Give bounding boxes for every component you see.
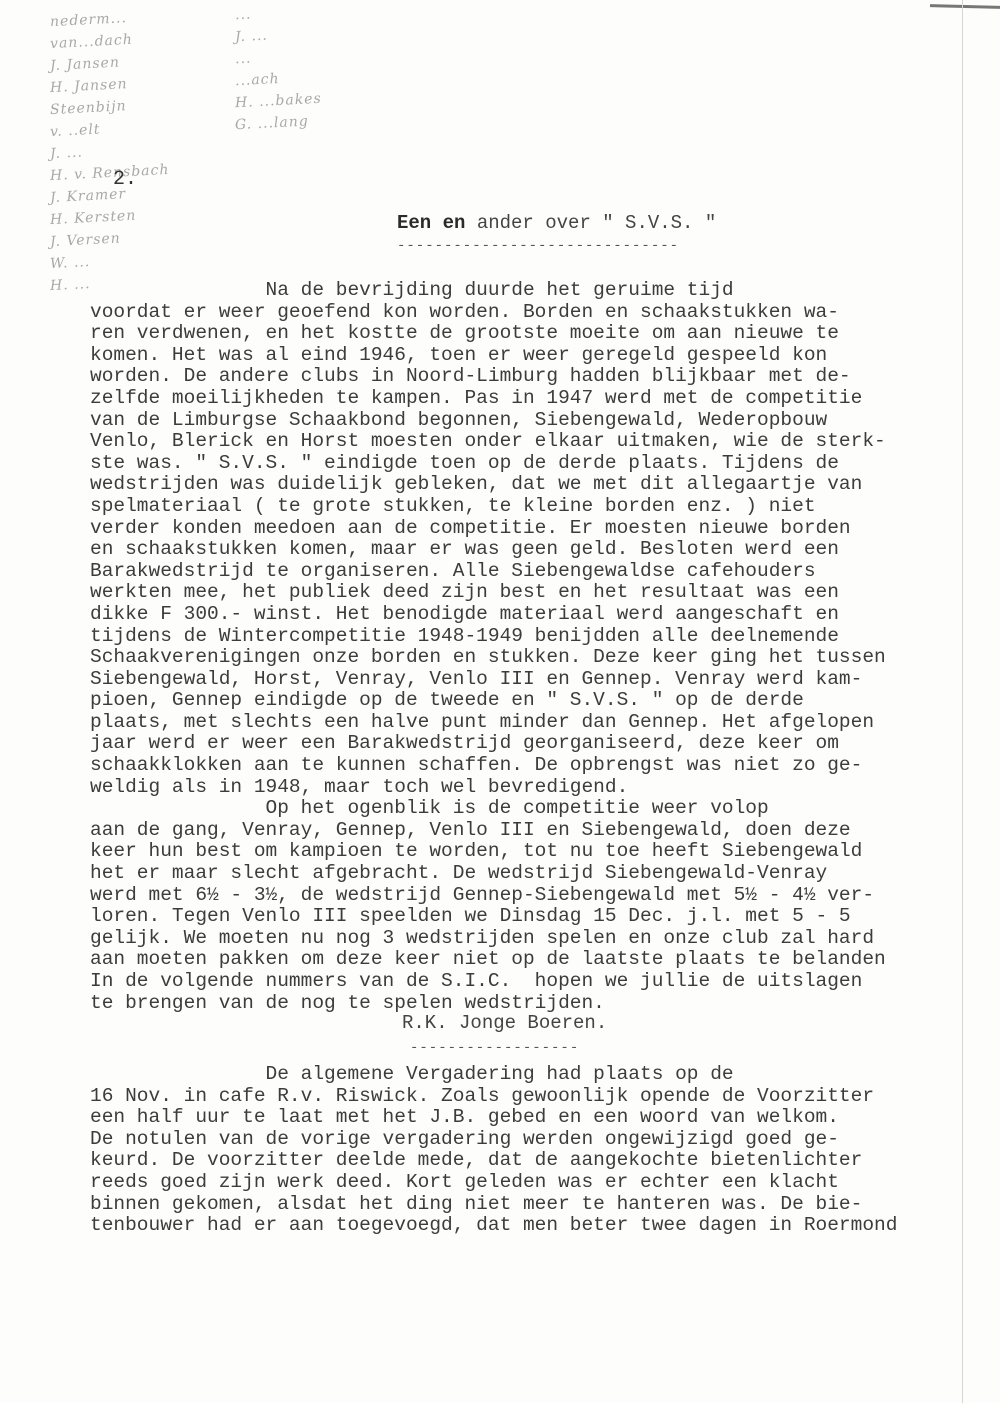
handwritten-note: G. ...lang — [234, 110, 322, 137]
title-underline-rule: ------------------------------ — [397, 238, 679, 254]
article-title-rest: ander over " S.V.S. " — [465, 212, 716, 234]
text-line: te brengen van de nog te spelen wedstrij… — [90, 993, 886, 1015]
handwritten-notes-left: nederm...van...dachJ. JansenH. JansenSte… — [50, 8, 169, 294]
text-line: worden. De andere clubs in Noord-Limburg… — [90, 366, 886, 388]
article-title-jonge-boeren: R.K. Jonge Boeren. — [402, 1012, 607, 1034]
text-line: 16 Nov. in cafe R.v. Riswick. Zoals gewo… — [90, 1086, 897, 1108]
text-line: ren verdwenen, en het kostte de grootste… — [90, 323, 886, 345]
text-line: werkten mee, het publiek deed zijn best … — [90, 582, 886, 604]
text-line: tenbouwer had er aan toegevoegd, dat men… — [90, 1215, 897, 1237]
text-line: jaar werd er weer een Barakwedstrijd geo… — [90, 733, 886, 755]
text-line: tijdens de Wintercompetitie 1948-1949 be… — [90, 626, 886, 648]
text-line: aan moeten pakken om deze keer niet op d… — [90, 949, 886, 971]
text-line: werd met 6½ - 3½, de wedstrijd Gennep-Si… — [90, 885, 886, 907]
text-line: zelfde moeilijkheden te kampen. Pas in 1… — [90, 388, 886, 410]
page-edge-mark — [930, 4, 1000, 9]
title-underline-rule-2: ------------------ — [410, 1040, 579, 1056]
text-line: weldig als in 1948, maar toch wel bevred… — [90, 777, 886, 799]
text-line: verder konden meedoen aan de competitie.… — [90, 518, 886, 540]
text-line: Schaakverenigingen onze borden en stukke… — [90, 647, 886, 669]
text-line: aan de gang, Venray, Gennep, Venlo III e… — [90, 820, 886, 842]
text-line: plaats, met slechts een halve punt minde… — [90, 712, 886, 734]
text-line: Op het ogenblik is de competitie weer vo… — [90, 798, 886, 820]
text-line: komen. Het was al eind 1946, toen er wee… — [90, 345, 886, 367]
text-line: van de Limburgse Schaakbond begonnen, Si… — [90, 410, 886, 432]
text-line: binnen gekomen, alsdat het ding niet mee… — [90, 1194, 897, 1216]
text-line: pioen, Gennep eindigde op de tweede en "… — [90, 690, 886, 712]
text-line: loren. Tegen Venlo III speelden we Dinsd… — [90, 906, 886, 928]
text-line: het er maar slecht afgebracht. De wedstr… — [90, 863, 886, 885]
text-line: keer hun best om kampioen te worden, tot… — [90, 841, 886, 863]
text-line: schaakklokken aan te kunnen schaffen. De… — [90, 755, 886, 777]
page-fold-line — [962, 0, 963, 1403]
text-line: en schaakstukken komen, maar er was geen… — [90, 539, 886, 561]
text-line: wedstrijden was duidelijk gebleken, dat … — [90, 474, 886, 496]
text-line: Na de bevrijding duurde het geruime tijd — [90, 280, 886, 302]
text-line: voordat er weer geoefend kon worden. Bor… — [90, 302, 886, 324]
text-line: keurd. De voorzitter deelde mede, dat de… — [90, 1150, 897, 1172]
text-line: Venlo, Blerick en Horst moesten onder el… — [90, 431, 886, 453]
text-line: een half uur te laat met het J.B. gebed … — [90, 1107, 897, 1129]
article-body-jonge-boeren: De algemene Vergadering had plaats op de… — [90, 1064, 897, 1237]
text-line: De notulen van de vorige vergadering wer… — [90, 1129, 897, 1151]
text-line: In de volgende nummers van de S.I.C. hop… — [90, 971, 886, 993]
article-title-bold: Een en — [397, 212, 465, 234]
text-line: dikke F 300.- winst. Het benodigde mater… — [90, 604, 886, 626]
text-line: gelijk. We moeten nu nog 3 wedstrijden s… — [90, 928, 886, 950]
text-line: spelmateriaal ( te grote stukken, te kle… — [90, 496, 886, 518]
article-body-svs: Na de bevrijding duurde het geruime tijd… — [90, 280, 886, 1014]
text-line: Siebengewald, Horst, Venray, Venlo III e… — [90, 669, 886, 691]
text-line: reeds goed zijn werk deed. Kort geleden … — [90, 1172, 897, 1194]
text-line: De algemene Vergadering had plaats op de — [90, 1064, 897, 1086]
article-title-svs: Een en ander over " S.V.S. " — [397, 212, 716, 234]
page-number: 2. — [113, 168, 137, 191]
text-line: ste was. " S.V.S. " eindigde toen op de … — [90, 453, 886, 475]
handwritten-notes-right: ...J. .........achH. ...bakesG. ...lang — [235, 2, 322, 134]
text-line: Barakwedstrijd te organiseren. Alle Sieb… — [90, 561, 886, 583]
